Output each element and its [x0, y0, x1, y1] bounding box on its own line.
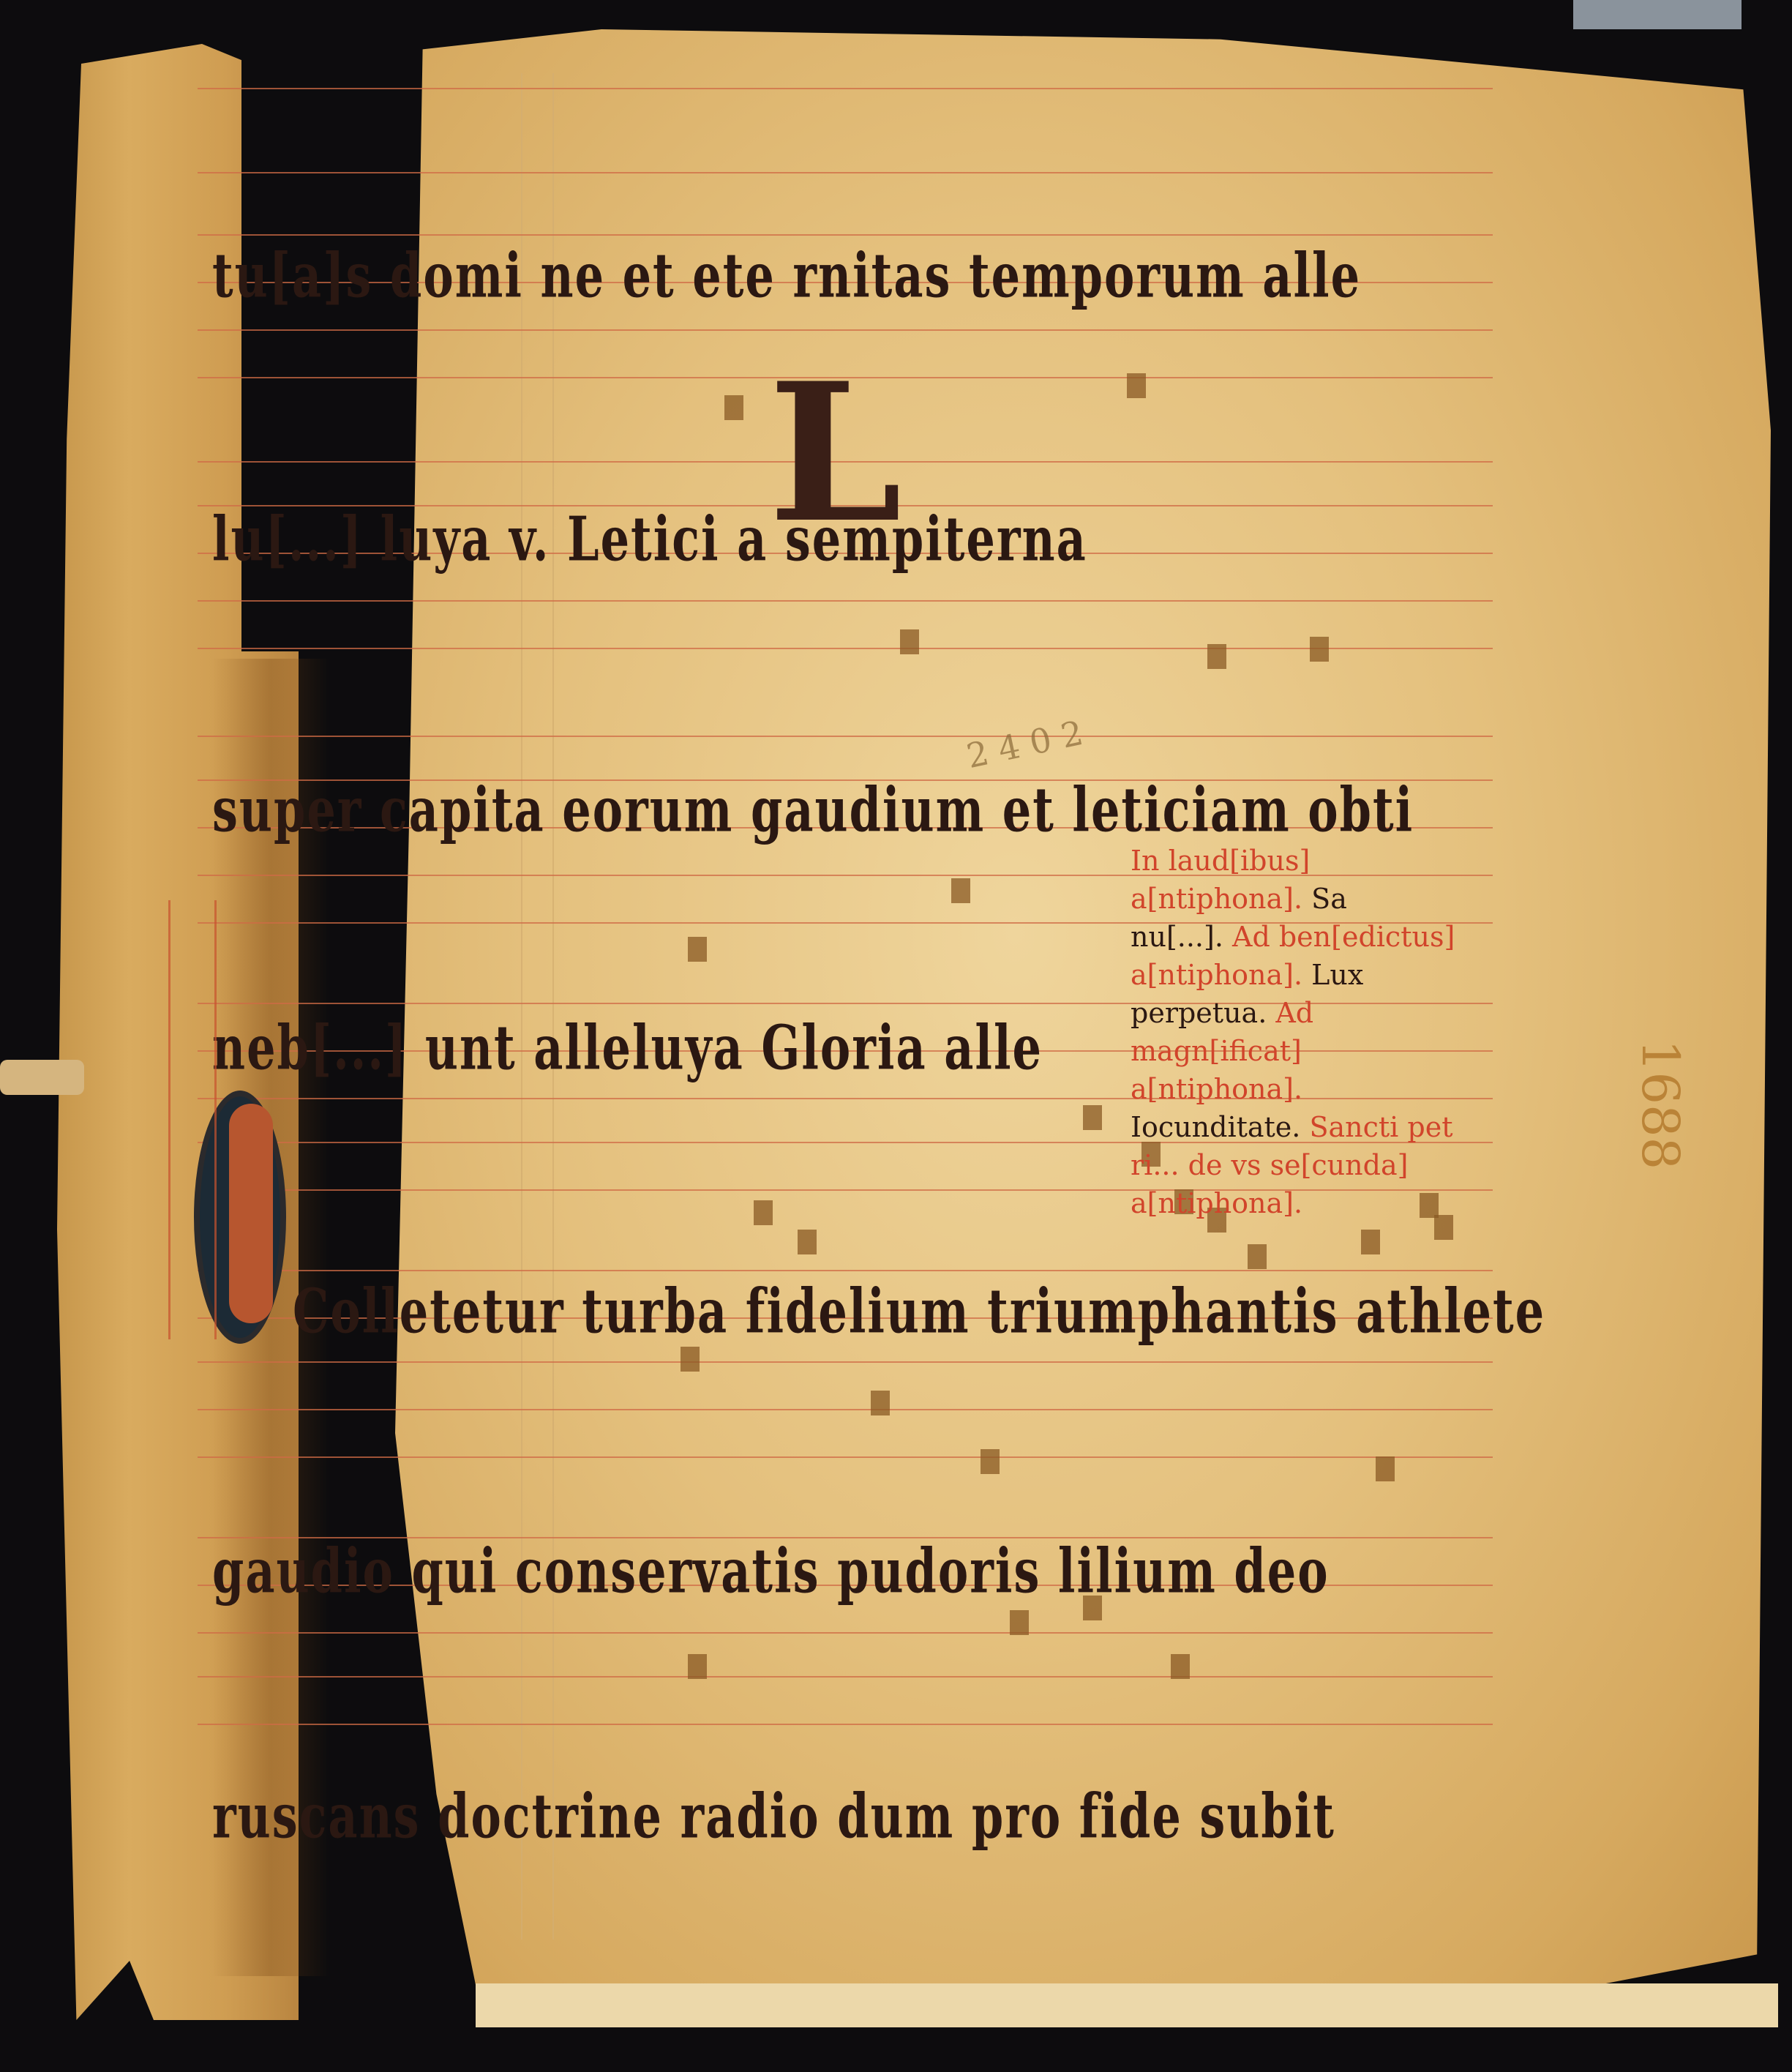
staff-line: [198, 1409, 1493, 1410]
neume: [1361, 1230, 1380, 1254]
bottom-edge: [476, 1983, 1778, 2027]
staff-line: [198, 172, 1493, 173]
rubric-segment: Sa: [1311, 883, 1347, 915]
staff-line: [198, 88, 1493, 89]
staff-line: [198, 736, 1493, 737]
rubric-segment: In laud[ibus] a[ntiphona].: [1131, 845, 1311, 915]
initial-C-infill: [229, 1104, 273, 1323]
staff-line: [198, 1456, 1493, 1458]
background-top-gray: [1573, 0, 1742, 29]
neume: [1207, 644, 1226, 669]
neume: [1127, 373, 1146, 398]
neume: [1083, 1105, 1102, 1130]
penwork-flourish: [168, 900, 217, 1339]
text-line-7: ruscans doctrine radio dum pro fide subi…: [212, 1780, 1335, 1852]
staff-line: [198, 1270, 1493, 1271]
text-line-3: super capita eorum gaudium et leticiam o…: [212, 774, 1414, 846]
neume: [1010, 1610, 1029, 1635]
rubric-segment: Iocunditate.: [1131, 1111, 1309, 1143]
staff-line: [198, 1724, 1493, 1725]
rubric-note: In laud[ibus] a[ntiphona]. Sa nu[...]. A…: [1131, 842, 1474, 1222]
neume: [1376, 1456, 1395, 1481]
neume: [1310, 637, 1329, 662]
folio-number: 1688: [1630, 1039, 1690, 1170]
neume: [724, 395, 743, 420]
staff-line: [198, 1676, 1493, 1678]
staff-line: [198, 1361, 1493, 1363]
rubric-segment: ri... de vs se[cunda] a[ntiphona].: [1131, 1149, 1408, 1219]
cadel-initial-L: L: [768, 359, 902, 549]
staff-line: [198, 1632, 1493, 1634]
neume: [871, 1391, 890, 1415]
staff-line: [198, 234, 1493, 236]
text-line-4: neb[...] unt alleluya Gloria alle: [212, 1011, 1043, 1084]
text-line-2: lu[...] luya v. Letici a sempiterna: [212, 503, 1087, 575]
rubric-segment: Sancti pet: [1309, 1111, 1452, 1143]
neume: [798, 1230, 817, 1254]
text-line-6: gaudio qui conservatis pudoris lilium de…: [212, 1535, 1330, 1607]
neume: [1171, 1654, 1190, 1679]
staff-line: [198, 329, 1493, 331]
rubric-segment: perpetua.: [1131, 997, 1275, 1029]
neume: [688, 937, 707, 962]
neume: [900, 629, 919, 654]
neume: [951, 878, 970, 903]
staff-line: [198, 648, 1493, 649]
text-line-1: tu[a]s domi ne et ete rnitas temporum al…: [212, 239, 1361, 312]
neume: [1248, 1244, 1267, 1269]
rubric-segment: nu[...].: [1131, 921, 1232, 953]
neume: [981, 1449, 1000, 1474]
text-line-5: Colletetur turba fidelium triumphantis a…: [293, 1275, 1545, 1347]
staff-line: [198, 600, 1493, 602]
neume: [681, 1347, 700, 1372]
rubric-segment: Lux: [1311, 959, 1363, 991]
binding-thread: [0, 1060, 84, 1095]
neume: [754, 1200, 773, 1225]
neume: [688, 1654, 707, 1679]
